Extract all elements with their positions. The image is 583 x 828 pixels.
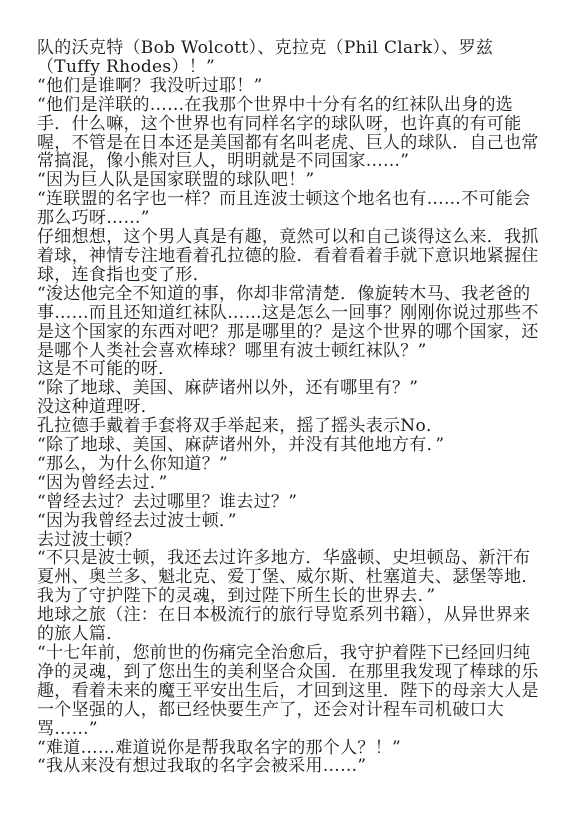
text-line: 手．什么嘛，这个世界也有同样名字的球队呀，也许真的有可能 [37,115,555,134]
text-line: 事……而且还知道红袜队……这是怎么一回事？刚刚你说过那些不 [37,304,555,323]
text-line: “连联盟的名字也一样？而且连波士顿这个地名也有……不可能会 [37,190,555,209]
text-line: “不只是波士顿，我还去过许多地方．华盛顿、史坦顿岛、新汗布 [37,549,555,568]
text-line: 是这个国家的东西对吧？那是哪里的？是这个世界的哪个国家，还 [37,323,555,342]
text-line: “曾经去过？去过哪里？谁去过？” [37,493,555,512]
text-line: “因为曾经去过．” [37,474,555,493]
text-line: “我从来没有想过我取的名字会被采用……” [37,757,555,776]
text-line: 仔细想想，这个男人真是有趣，竟然可以和自己谈得这么来．我抓 [37,228,555,247]
text-line: 地球之旅（注：在日本极流行的旅行导览系列书籍），从异世界来 [37,606,555,625]
text-line: 去过波士顿？ [37,531,555,550]
text-line: 着球，神情专注地看着孔拉德的脸．看着看着手就下意识地紧握住 [37,247,555,266]
text-line: 队的沃克特（Bob Wolcott）、克拉克（Phil Clark）、罗兹 [37,39,555,58]
text-line: “他们是谁啊？我没听过耶！” [37,77,555,96]
text-line: 净的灵魂，到了您出生的美利坚合众国．在那里我发现了棒球的乐 [37,663,555,682]
text-line: “除了地球、美国、麻萨诸州以外，还有哪里有？” [37,379,555,398]
text-line: “那么，为什么你知道？” [37,455,555,474]
text-line: “除了地球、美国、麻萨诸州外，并没有其他地方有．” [37,436,555,455]
text-line: 这是不可能的呀． [37,360,555,379]
text-line: “难道……难道说你是帮我取名字的那个人？！” [37,739,555,758]
text-line: 一个坚强的人，都已经快要生产了，还会对计程车司机破口大 [37,701,555,720]
text-line: 喔，不管是在日本还是美国都有名叫老虎、巨人的球队．自己也常 [37,134,555,153]
text-line: “十七年前，您前世的伤痛完全治愈后，我守护着陛下已经回归纯 [37,644,555,663]
text-line: “浚达他完全不知道的事，你却非常清楚．像旋转木马、我老爸的 [37,285,555,304]
text-line: 趣，看着未来的魔王平安出生后，才回到这里．陛下的母亲大人是 [37,682,555,701]
text-line: “因为巨人队是国家联盟的球队吧！” [37,171,555,190]
text-line: 骂……” [37,720,555,739]
document-page: 队的沃克特（Bob Wolcott）、克拉克（Phil Clark）、罗兹 （T… [0,0,583,828]
text-line: 常搞混，像小熊对巨人，明明就是不同国家……” [37,152,555,171]
text-line: “他们是洋联的……在我那个世界中十分有名的红袜队出身的选 [37,96,555,115]
text-line: 没这种道理呀． [37,398,555,417]
text-line: 是哪个人类社会喜欢棒球？哪里有波士顿红袜队？” [37,342,555,361]
text-line: 孔拉德手戴着手套将双手举起来，摇了摇头表示No． [37,417,555,436]
text-line: 那么巧呀……” [37,209,555,228]
text-line: 夏州、奥兰多、魁北克、爱丁堡、威尔斯、杜塞道夫、瑟堡等地． [37,568,555,587]
text-line: （Tuffy Rhodes）！” [37,58,555,77]
text-line: 我为了守护陛下的灵魂，到过陛下所生长的世界去．” [37,587,555,606]
text-line: “因为我曾经去过波士顿．” [37,512,555,531]
text-line: 的旅人篇． [37,625,555,644]
text-line: 球，连食指也变了形． [37,266,555,285]
